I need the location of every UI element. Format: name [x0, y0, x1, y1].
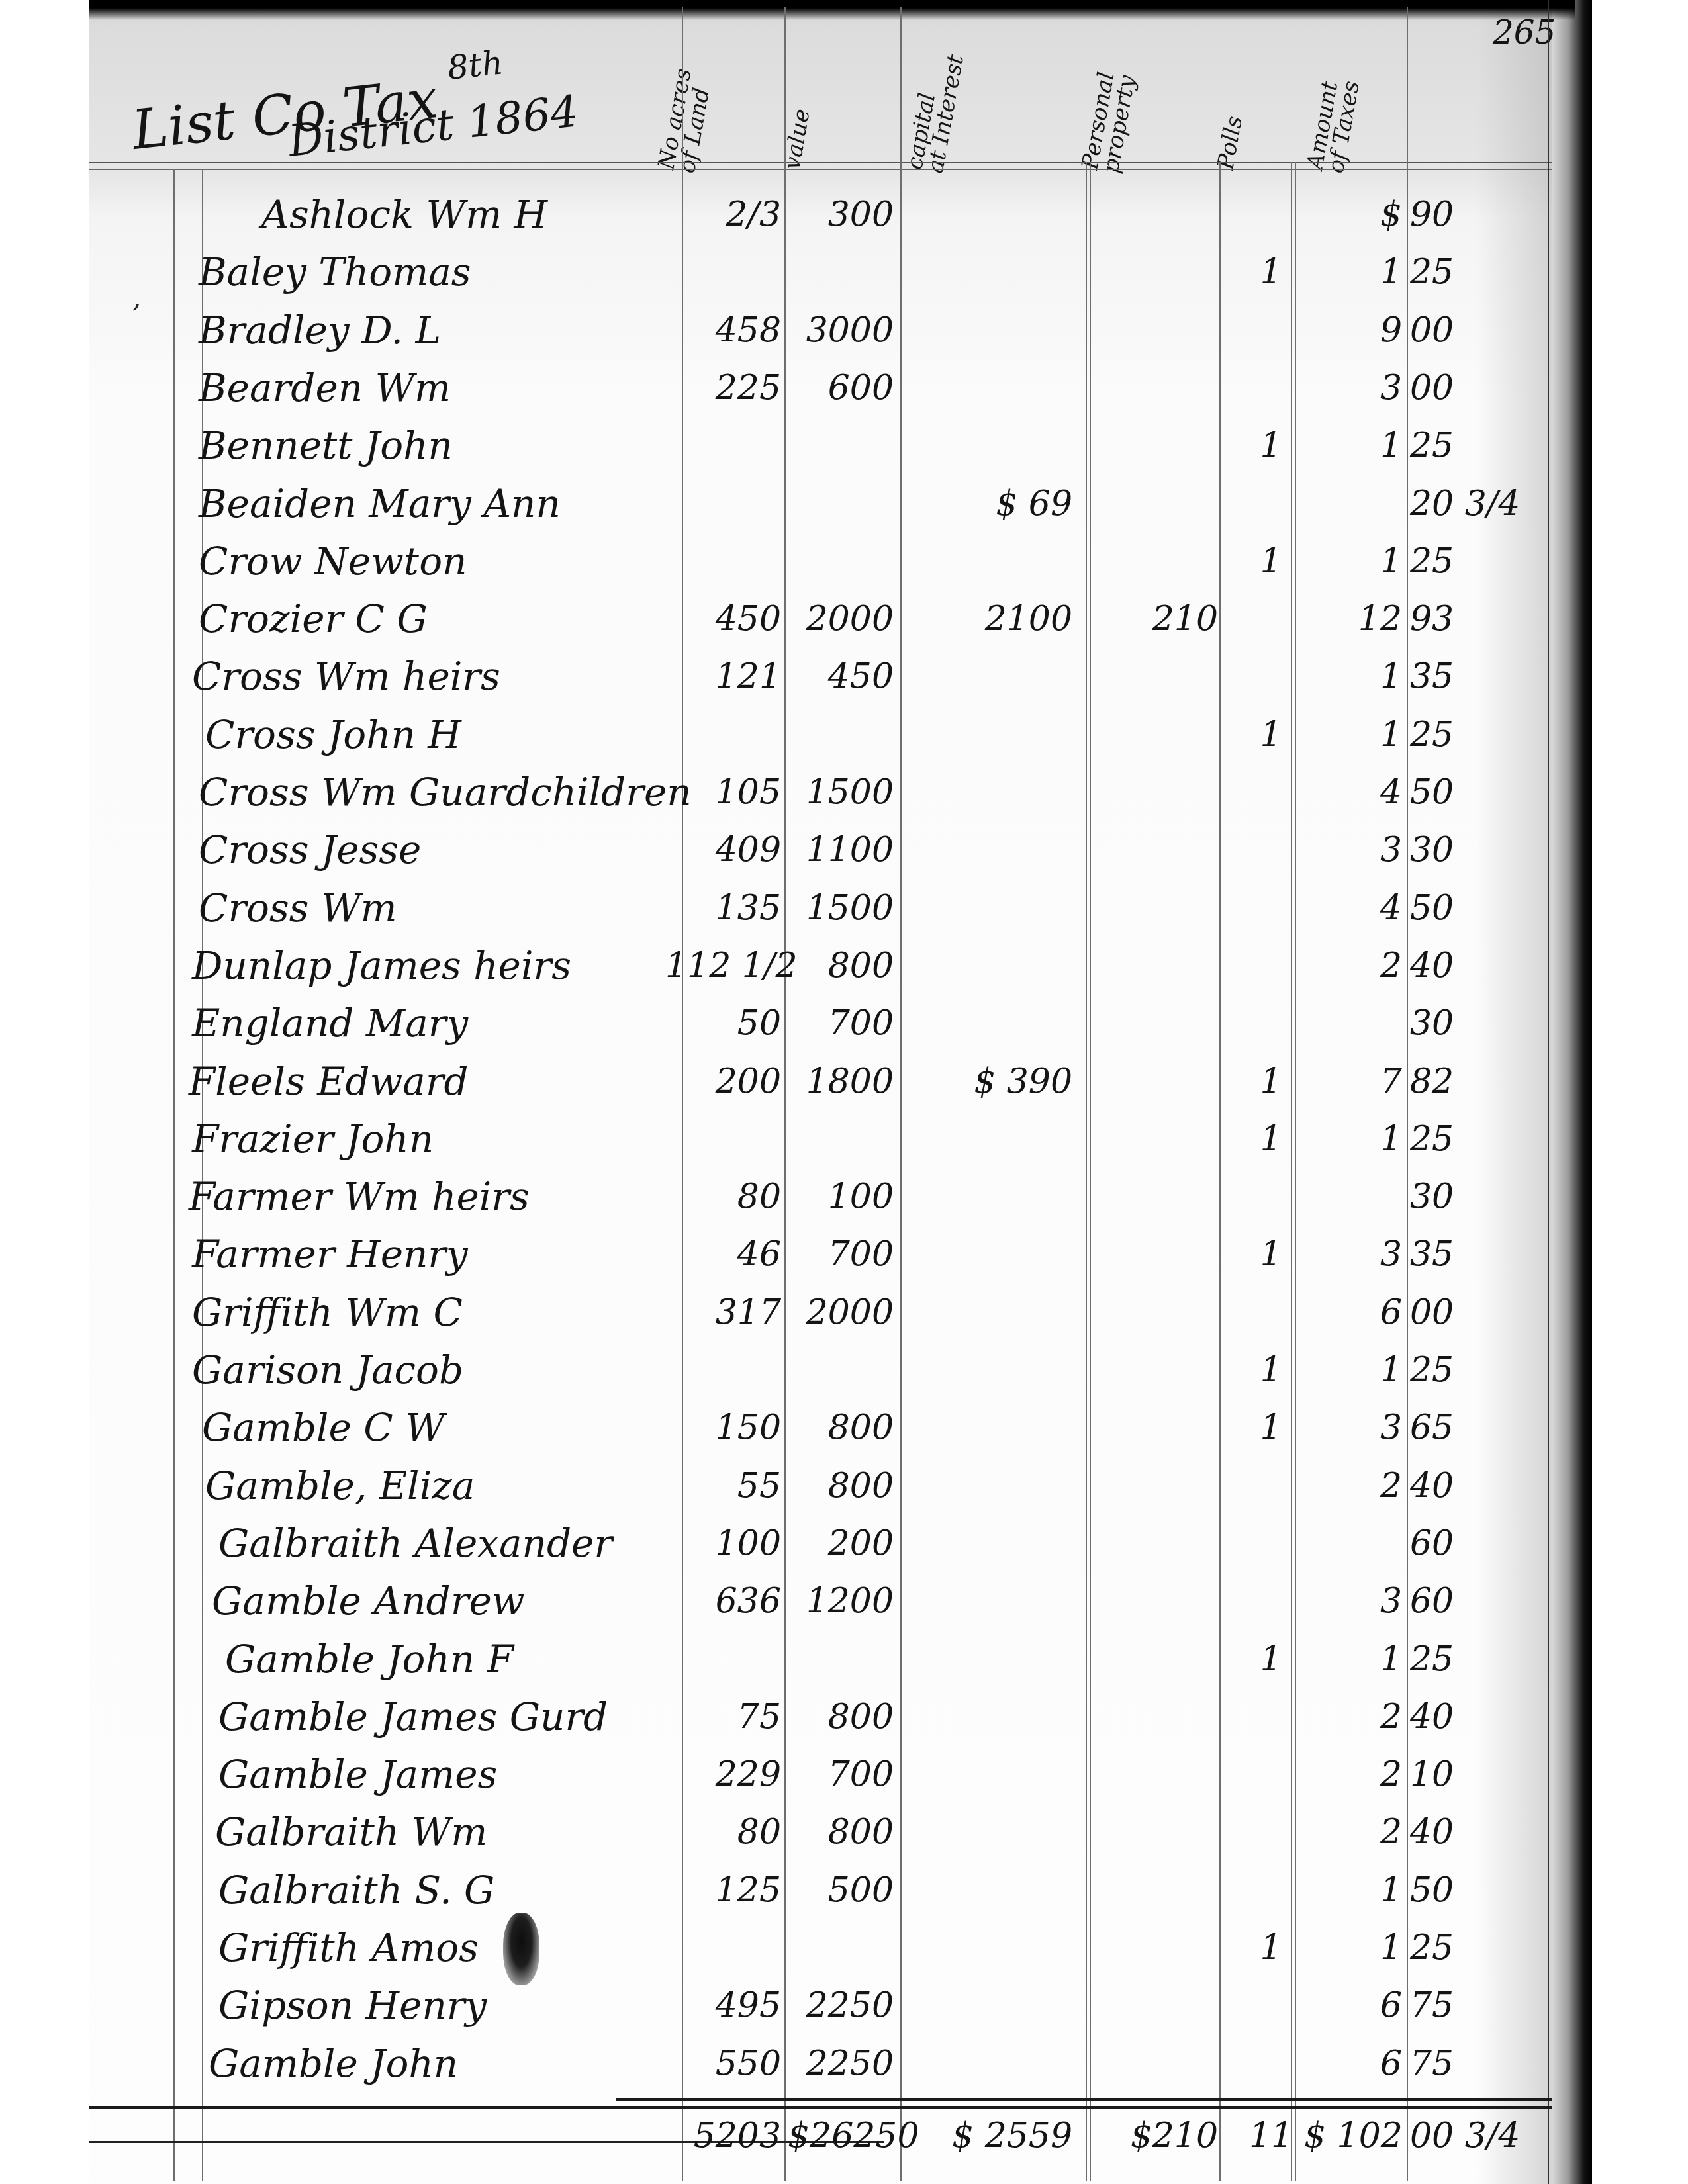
acres-of-land: 80: [665, 1804, 781, 1860]
acres-of-land: 112 1/2: [665, 938, 781, 993]
taxpayer-name: Gamble James: [218, 1747, 497, 1802]
land-value: 600: [788, 360, 894, 416]
table-row: Bradley D. L4583000900: [0, 302, 1688, 358]
taxpayer-name: Bearden Wm: [199, 360, 451, 416]
taxpayer-name: Gamble Andrew: [212, 1573, 524, 1629]
tax-amount-cents: 00: [1410, 1285, 1496, 1340]
acres-of-land: 225: [665, 360, 781, 416]
tax-amount-dollars: 1: [1304, 649, 1402, 704]
tax-amount-dollars: 1: [1304, 1342, 1402, 1398]
acres-of-land: 100: [665, 1516, 781, 1571]
taxpayer-name: Gamble John F: [225, 1631, 514, 1687]
taxpayer-name: Gamble, Eliza: [205, 1458, 475, 1514]
tax-amount-cents: 75: [1410, 2036, 1496, 2091]
table-row: Farmer Henry467001335: [0, 1226, 1688, 1282]
header-rule: [89, 162, 1552, 163]
taxpayer-name: Farmer Henry: [192, 1226, 468, 1282]
acres-of-land: 55: [665, 1458, 781, 1514]
land-value: 800: [788, 938, 894, 993]
acres-of-land: 229: [665, 1747, 781, 1802]
land-value: 1100: [788, 822, 894, 878]
land-value: 700: [788, 995, 894, 1051]
tax-amount-cents: 00: [1410, 302, 1496, 358]
tax-amount-cents: 30: [1410, 995, 1496, 1051]
table-row: Beaiden Mary Ann$ 6920 3/4: [0, 476, 1688, 531]
total-capital: $ 2559: [907, 2108, 1072, 2163]
total-acres: 5203: [665, 2108, 781, 2163]
tax-amount-dollars: 2: [1304, 1689, 1402, 1745]
tax-amount-cents: 35: [1410, 649, 1496, 704]
acres-of-land: 2/3: [665, 187, 781, 242]
taxpayer-name: Bennett John: [199, 418, 453, 473]
acres-of-land: 75: [665, 1689, 781, 1745]
acres-of-land: 550: [665, 2036, 781, 2091]
tax-amount-dollars: 4: [1304, 880, 1402, 936]
polls-count: 1: [1244, 707, 1297, 762]
tax-amount-dollars: 2: [1304, 1458, 1402, 1514]
tax-amount-cents: 25: [1410, 707, 1496, 762]
table-row: Dunlap James heirs112 1/2800240: [0, 938, 1688, 993]
tax-amount-dollars: 2: [1304, 1747, 1402, 1802]
tax-amount-cents: 90: [1410, 187, 1496, 242]
taxpayer-name: Ashlock Wm H: [261, 187, 547, 242]
table-row: Crozier C G450200021002101293: [0, 591, 1688, 647]
table-row: Gamble John5502250675: [0, 2036, 1688, 2091]
tax-amount-dollars: 3: [1304, 360, 1402, 416]
tax-amount-cents: 40: [1410, 938, 1496, 993]
tax-amount-dollars: 2: [1304, 1804, 1402, 1860]
table-row: England Mary5070030: [0, 995, 1688, 1051]
tax-amount-cents: 25: [1410, 1342, 1496, 1398]
tax-amount-cents: 40: [1410, 1689, 1496, 1745]
table-row: Galbraith S. G125500150: [0, 1862, 1688, 1918]
land-value: 300: [788, 187, 894, 242]
tax-amount-dollars: 1: [1304, 418, 1402, 473]
land-value: 2250: [788, 2036, 894, 2091]
taxpayer-name: Frazier John: [192, 1111, 434, 1167]
taxpayer-name: Cross Wm heirs: [192, 649, 500, 704]
tax-amount-dollars: 3: [1304, 1226, 1402, 1282]
ink-blot: [503, 1913, 539, 1985]
taxpayer-name: Galbraith Wm: [215, 1804, 487, 1860]
polls-count: 1: [1244, 244, 1297, 300]
tax-amount-dollars: $: [1304, 187, 1402, 242]
table-row: Galbraith Alexander10020060: [0, 1516, 1688, 1571]
tax-amount-cents: 40: [1410, 1458, 1496, 1514]
tax-amount-dollars: 1: [1304, 244, 1402, 300]
table-row: Gamble, Eliza55800240: [0, 1458, 1688, 1514]
tax-amount-cents: 50: [1410, 764, 1496, 820]
taxpayer-name: Gamble John: [209, 2036, 458, 2091]
tax-amount-cents: 30: [1410, 1169, 1496, 1224]
acres-of-land: 450: [665, 591, 781, 647]
table-row: Fleels Edward2001800$ 3901782: [0, 1054, 1688, 1109]
acres-of-land: 636: [665, 1573, 781, 1629]
table-row: Cross John H1125: [0, 707, 1688, 762]
tax-amount-dollars: 6: [1304, 2036, 1402, 2091]
tax-amount-dollars: 2: [1304, 938, 1402, 993]
tax-amount-dollars: 1: [1304, 1631, 1402, 1687]
tax-amount-cents: 25: [1410, 1631, 1496, 1687]
acres-of-land: 495: [665, 1978, 781, 2033]
acres-of-land: 317: [665, 1285, 781, 1340]
taxpayer-name: Gipson Henry: [218, 1978, 487, 2033]
capital-at-interest: $ 69: [907, 476, 1072, 531]
table-row: Ashlock Wm H2/3300$90: [0, 187, 1688, 242]
acres-of-land: 125: [665, 1862, 781, 1918]
tax-amount-cents: 35: [1410, 1226, 1496, 1282]
taxpayer-name: Beaiden Mary Ann: [199, 476, 561, 531]
tax-amount-cents: 25: [1410, 533, 1496, 589]
taxpayer-name: Bradley D. L: [199, 302, 441, 358]
table-row: Gamble James229700210: [0, 1747, 1688, 1802]
totals-rule-upper: [616, 2098, 1552, 2101]
tax-amount-cents: 60: [1410, 1516, 1496, 1571]
taxpayer-name: Gamble C W: [202, 1400, 445, 1455]
table-row: Frazier John1125: [0, 1111, 1688, 1167]
acres-of-land: 105: [665, 764, 781, 820]
tax-amount-cents: 50: [1410, 880, 1496, 936]
total-value: $26250: [788, 2108, 894, 2163]
tax-amount-dollars: 4: [1304, 764, 1402, 820]
tax-amount-cents: 20 3/4: [1410, 476, 1496, 531]
polls-count: 1: [1244, 1226, 1297, 1282]
tax-amount-cents: 65: [1410, 1400, 1496, 1455]
table-row: Griffith Wm C3172000600: [0, 1285, 1688, 1340]
tax-amount-dollars: 1: [1304, 533, 1402, 589]
land-value: 1500: [788, 880, 894, 936]
land-value: 800: [788, 1689, 894, 1745]
tax-amount-cents: 60: [1410, 1573, 1496, 1629]
land-value: 100: [788, 1169, 894, 1224]
table-row: Gamble Andrew6361200360: [0, 1573, 1688, 1629]
table-row: Garison Jacob1125: [0, 1342, 1688, 1398]
tax-amount-dollars: 6: [1304, 1285, 1402, 1340]
page-number: 265: [1493, 13, 1556, 52]
acres-of-land: 135: [665, 880, 781, 936]
tax-amount-cents: 25: [1410, 244, 1496, 300]
taxpayer-name: Griffith Amos: [218, 1920, 479, 1976]
total-polls: 11: [1244, 2108, 1297, 2163]
polls-count: 1: [1244, 418, 1297, 473]
land-value: 1500: [788, 764, 894, 820]
taxpayer-name: Gamble James Gurd: [218, 1689, 608, 1745]
land-value: 200: [788, 1516, 894, 1571]
total-personal-property: $210: [1086, 2108, 1218, 2163]
tax-amount-cents: 25: [1410, 418, 1496, 473]
tax-amount-cents: 00: [1410, 360, 1496, 416]
acres-of-land: 121: [665, 649, 781, 704]
tax-amount-cents: 75: [1410, 1978, 1496, 2033]
total-amount-dollars: $ 102: [1304, 2108, 1402, 2163]
tax-amount-dollars: 1: [1304, 1111, 1402, 1167]
acres-of-land: 458: [665, 302, 781, 358]
tax-amount-cents: 30: [1410, 822, 1496, 878]
personal-property: 210: [1086, 591, 1218, 647]
tax-amount-cents: 50: [1410, 1862, 1496, 1918]
table-row: Farmer Wm heirs8010030: [0, 1169, 1688, 1224]
table-row: Bearden Wm225600300: [0, 360, 1688, 416]
district-ordinal: 8th: [445, 43, 505, 87]
tax-amount-cents: 25: [1410, 1920, 1496, 1976]
tax-amount-dollars: 12: [1304, 591, 1402, 647]
polls-count: 1: [1244, 1920, 1297, 1976]
land-value: 800: [788, 1804, 894, 1860]
tax-amount-dollars: 1: [1304, 1862, 1402, 1918]
scan-top-shadow: [89, 0, 1575, 20]
taxpayer-name: Griffith Wm C: [192, 1285, 463, 1340]
taxpayer-name: Crow Newton: [199, 533, 467, 589]
table-row: Crow Newton1125: [0, 533, 1688, 589]
tax-amount-cents: 82: [1410, 1054, 1496, 1109]
table-row: Cross Wm Guardchildren1051500450: [0, 764, 1688, 820]
tax-amount-cents: 40: [1410, 1804, 1496, 1860]
land-value: 500: [788, 1862, 894, 1918]
acres-of-land: 80: [665, 1169, 781, 1224]
tax-amount-dollars: 3: [1304, 1573, 1402, 1629]
land-value: 700: [788, 1747, 894, 1802]
totals-row: 5203 $26250 $ 2559 $210 11 $ 102 00 3/4: [0, 2108, 1688, 2163]
taxpayer-name: Fleels Edward: [189, 1054, 469, 1109]
taxpayer-name: Crozier C G: [199, 591, 428, 647]
tax-amount-cents: 10: [1410, 1747, 1496, 1802]
land-value: 2000: [788, 591, 894, 647]
tax-amount-dollars: 1: [1304, 1920, 1402, 1976]
taxpayer-name: Galbraith S. G: [218, 1862, 494, 1918]
taxpayer-name: Cross John H: [205, 707, 461, 762]
tax-amount-dollars: 1: [1304, 707, 1402, 762]
tax-amount-dollars: 9: [1304, 302, 1402, 358]
acres-of-land: 200: [665, 1054, 781, 1109]
land-value: 1200: [788, 1573, 894, 1629]
table-row: Gamble John F1125: [0, 1631, 1688, 1687]
tax-amount-dollars: 3: [1304, 822, 1402, 878]
table-row: Baley Thomas1125: [0, 244, 1688, 300]
table-row: Cross Wm heirs121450135: [0, 649, 1688, 704]
polls-count: 1: [1244, 1111, 1297, 1167]
taxpayer-name: Cross Wm: [199, 880, 397, 936]
table-row: Gamble C W1508001365: [0, 1400, 1688, 1455]
land-value: 2250: [788, 1978, 894, 2033]
table-row: Galbraith Wm80800240: [0, 1804, 1688, 1860]
tax-amount-cents: 93: [1410, 591, 1496, 647]
land-value: 800: [788, 1458, 894, 1514]
acres-of-land: 46: [665, 1226, 781, 1282]
polls-count: 1: [1244, 1342, 1297, 1398]
table-row: Gipson Henry4952250675: [0, 1978, 1688, 2033]
tax-amount-cents: 25: [1410, 1111, 1496, 1167]
acres-of-land: 409: [665, 822, 781, 878]
table-row: Cross Wm1351500450: [0, 880, 1688, 936]
acres-of-land: 150: [665, 1400, 781, 1455]
total-amount-cents: 00 3/4: [1410, 2108, 1496, 2163]
taxpayer-name: Cross Wm Guardchildren: [199, 764, 692, 820]
taxpayer-name: Garison Jacob: [192, 1342, 463, 1398]
land-value: 2000: [788, 1285, 894, 1340]
tax-amount-dollars: 6: [1304, 1978, 1402, 2033]
land-value: 1800: [788, 1054, 894, 1109]
polls-count: 1: [1244, 533, 1297, 589]
land-value: 800: [788, 1400, 894, 1455]
table-row: Griffith Amos1125: [0, 1920, 1688, 1976]
land-value: 3000: [788, 302, 894, 358]
table-row: Bennett John1125: [0, 418, 1688, 473]
taxpayer-name: Baley Thomas: [199, 244, 471, 300]
polls-count: 1: [1244, 1631, 1297, 1687]
tax-amount-dollars: 3: [1304, 1400, 1402, 1455]
taxpayer-name: Cross Jesse: [199, 822, 421, 878]
capital-at-interest: $ 390: [907, 1054, 1072, 1109]
tax-amount-dollars: 7: [1304, 1054, 1402, 1109]
taxpayer-name: Galbraith Alexander: [218, 1516, 612, 1571]
table-row: Gamble James Gurd75800240: [0, 1689, 1688, 1745]
taxpayer-name: Dunlap James heirs: [192, 938, 571, 993]
capital-at-interest: 2100: [907, 591, 1072, 647]
land-value: 700: [788, 1226, 894, 1282]
polls-count: 1: [1244, 1054, 1297, 1109]
taxpayer-name: England Mary: [192, 995, 468, 1051]
polls-count: 1: [1244, 1400, 1297, 1455]
taxpayer-name: Farmer Wm heirs: [189, 1169, 530, 1224]
table-row: Cross Jesse4091100330: [0, 822, 1688, 878]
acres-of-land: 50: [665, 995, 781, 1051]
land-value: 450: [788, 649, 894, 704]
